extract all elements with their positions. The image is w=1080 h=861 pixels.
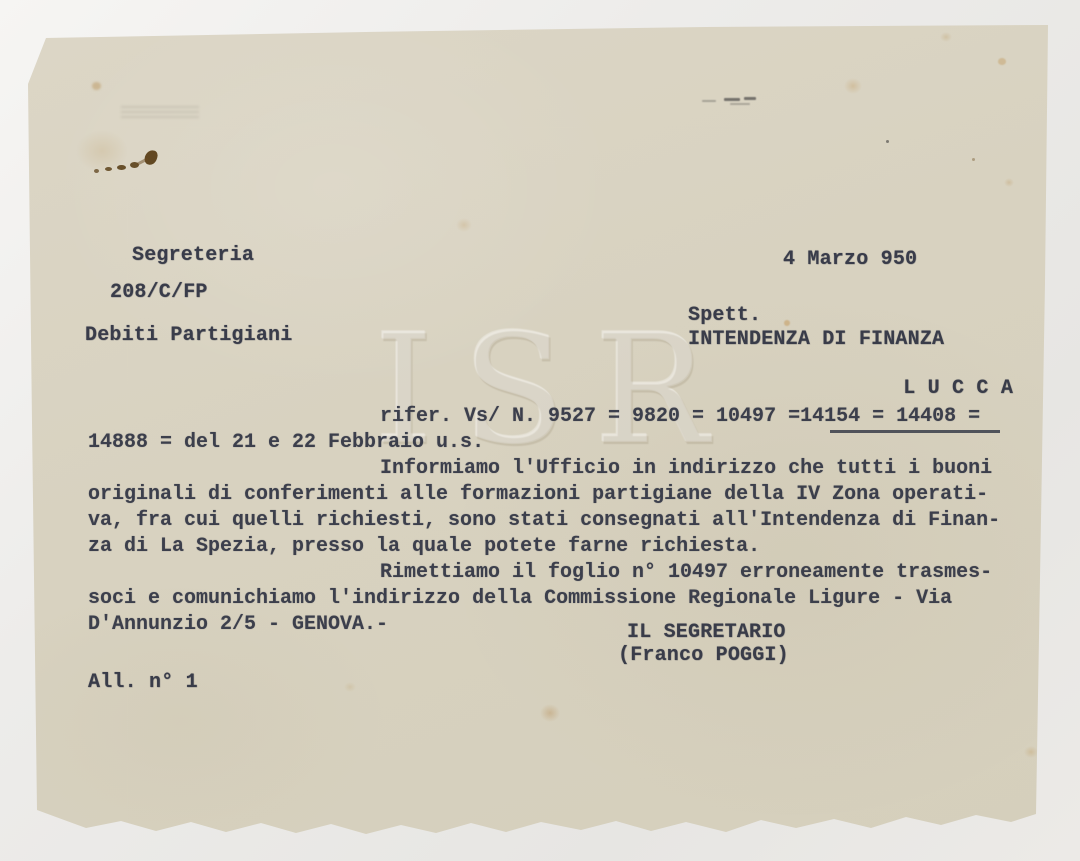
yellow-stain: [940, 32, 952, 42]
eraser-smudge: [121, 106, 199, 118]
recipient-salutation: Spett.: [688, 303, 761, 329]
letter-body: rifer. Vs/ N. 9527 = 9820 = 10497 =14154…: [88, 404, 1023, 638]
dark-speck: [886, 140, 889, 143]
yellow-stain: [344, 682, 356, 692]
yellow-stain: [92, 82, 101, 90]
recipient-city-label: L U C C A: [903, 377, 1013, 400]
date-line: 4 Marzo 950: [783, 247, 917, 273]
body-line: Rimettiamo il foglio n° 10497 erroneamen…: [88, 560, 1023, 586]
pencil-smudge: [702, 94, 758, 106]
body-line: Informiamo l'Ufficio in indirizzo che tu…: [88, 456, 1023, 482]
document-paper: ISR Segreteria 208/C/FP Debiti Partigian…: [26, 22, 1052, 846]
protocol-number: 208/C/FP: [110, 280, 208, 306]
yellow-stain: [784, 320, 790, 326]
office-label: Segreteria: [132, 243, 254, 269]
signature-name: (Franco POGGI): [618, 643, 789, 669]
body-line: originali di conferimenti alle formazion…: [88, 482, 1023, 508]
body-line: za di La Spezia, presso la quale potete …: [88, 534, 1023, 560]
body-line: soci e comunichiamo l'indirizzo della Co…: [88, 586, 1023, 612]
subject-line: Debiti Partigiani: [85, 323, 292, 349]
ink-blot-stain: [105, 167, 112, 171]
yellow-stain: [540, 704, 560, 722]
body-line: va, fra cui quelli richiesti, sono stati…: [88, 508, 1023, 534]
body-line: rifer. Vs/ N. 9527 = 9820 = 10497 =14154…: [88, 404, 1023, 430]
attachments-note: All. n° 1: [88, 670, 198, 696]
scan-background: ISR Segreteria 208/C/FP Debiti Partigian…: [0, 0, 1080, 861]
body-line: D'Annunzio 2/5 - GENOVA.-: [88, 612, 1023, 638]
yellow-stain: [844, 78, 862, 94]
body-line: 14888 = del 21 e 22 Febbraio u.s.: [88, 430, 1023, 456]
ink-blot-stain: [117, 165, 126, 170]
ink-blot-stain: [94, 169, 99, 173]
yellow-stain: [1004, 178, 1014, 187]
yellow-stain: [998, 58, 1006, 65]
yellow-stain: [1024, 746, 1038, 758]
dark-speck: [972, 158, 975, 161]
yellow-stain: [456, 218, 472, 232]
